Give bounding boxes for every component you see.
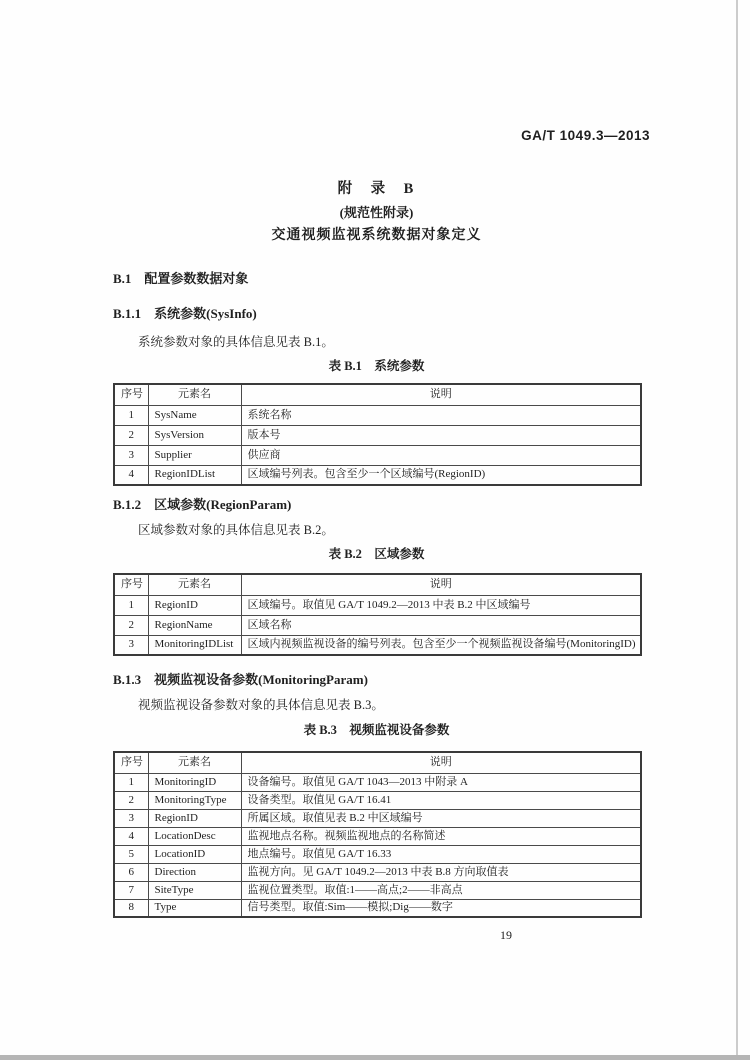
column-header-desc: 说明 (241, 752, 641, 773)
table-b2: 序号 元素名 说明 1RegionID区域编号。取值见 GA/T 1049.2—… (113, 573, 642, 656)
column-header-name: 元素名 (148, 752, 241, 773)
table-cell-desc: 版本号 (241, 425, 641, 445)
table-cell-name: LocationDesc (148, 827, 241, 845)
table-row: 1MonitoringID设备编号。取值见 GA/T 1043—2013 中附录… (114, 773, 641, 791)
scan-edge-bottom (0, 1055, 750, 1060)
table-cell-name: RegionIDList (148, 465, 241, 485)
table-cell-num: 1 (114, 595, 148, 615)
table-cell-num: 7 (114, 881, 148, 899)
table-row: 3RegionID所属区域。取值见表 B.2 中区域编号 (114, 809, 641, 827)
table-cell-name: RegionName (148, 615, 241, 635)
paragraph-b13: 视频监视设备参数对象的具体信息见表 B.3。 (113, 697, 640, 713)
table-row: 5LocationID地点编号。取值见 GA/T 16.33 (114, 845, 641, 863)
table-cell-desc: 设备编号。取值见 GA/T 1043—2013 中附录 A (241, 773, 641, 791)
table-row: 7SiteType监视位置类型。取值:1——高点;2——非高点 (114, 881, 641, 899)
table-cell-name: Type (148, 899, 241, 917)
table-row: 4RegionIDList区域编号列表。包含至少一个区域编号(RegionID) (114, 465, 641, 485)
table-row: 2RegionName区域名称 (114, 615, 641, 635)
page-number: 19 (113, 928, 512, 943)
column-header-desc: 说明 (241, 574, 641, 595)
table-cell-num: 2 (114, 791, 148, 809)
column-header-num: 序号 (114, 574, 148, 595)
table-cell-desc: 区域编号。取值见 GA/T 1049.2—2013 中表 B.2 中区域编号 (241, 595, 641, 615)
table-cell-desc: 地点编号。取值见 GA/T 16.33 (241, 845, 641, 863)
appendix-title-line2: (规范性附录) (113, 201, 640, 224)
table-b1: 序号 元素名 说明 1SysName系统名称2SysVersion版本号3Sup… (113, 383, 642, 486)
table-cell-num: 3 (114, 809, 148, 827)
table-cell-desc: 区域名称 (241, 615, 641, 635)
column-header-name: 元素名 (148, 574, 241, 595)
table-cell-desc: 区域编号列表。包含至少一个区域编号(RegionID) (241, 465, 641, 485)
table-header-row: 序号 元素名 说明 (114, 574, 641, 595)
table-row: 3MonitoringIDList区域内视频监视设备的编号列表。包含至少一个视频… (114, 635, 641, 655)
appendix-title-line1: 附 录 B (113, 178, 640, 201)
table-cell-desc: 监视位置类型。取值:1——高点;2——非高点 (241, 881, 641, 899)
table-row: 2SysVersion版本号 (114, 425, 641, 445)
table-row: 4LocationDesc监视地点名称。视频监视地点的名称简述 (114, 827, 641, 845)
table-cell-name: MonitoringType (148, 791, 241, 809)
table-cell-name: LocationID (148, 845, 241, 863)
section-heading-b1: B.1 配置参数数据对象 (113, 271, 640, 287)
table-cell-desc: 供应商 (241, 445, 641, 465)
appendix-title-line3: 交通视频监视系统数据对象定义 (113, 224, 640, 247)
table-cell-num: 3 (114, 445, 148, 465)
table-cell-num: 1 (114, 773, 148, 791)
table-cell-name: RegionID (148, 809, 241, 827)
table-row: 2MonitoringType设备类型。取值见 GA/T 16.41 (114, 791, 641, 809)
section-heading-b13: B.1.3 视频监视设备参数(MonitoringParam) (113, 672, 640, 688)
table-cell-name: Direction (148, 863, 241, 881)
table-cell-num: 4 (114, 827, 148, 845)
table-cell-name: MonitoringID (148, 773, 241, 791)
table-cell-desc: 设备类型。取值见 GA/T 16.41 (241, 791, 641, 809)
table-row: 1SysName系统名称 (114, 405, 641, 425)
standard-number: GA/T 1049.3—2013 (0, 128, 650, 144)
table-cell-name: Supplier (148, 445, 241, 465)
paragraph-b12: 区域参数对象的具体信息见表 B.2。 (113, 522, 640, 538)
table-cell-num: 2 (114, 615, 148, 635)
table-row: 1RegionID区域编号。取值见 GA/T 1049.2—2013 中表 B.… (114, 595, 641, 615)
table-cell-desc: 系统名称 (241, 405, 641, 425)
section-heading-b11: B.1.1 系统参数(SysInfo) (113, 306, 640, 322)
table-cell-num: 8 (114, 899, 148, 917)
table-cell-num: 6 (114, 863, 148, 881)
table-caption-b2: 表 B.2 区域参数 (113, 546, 640, 562)
table-cell-desc: 信号类型。取值:Sim——模拟;Dig——数字 (241, 899, 641, 917)
table-cell-num: 1 (114, 405, 148, 425)
column-header-name: 元素名 (148, 384, 241, 405)
table-cell-name: SysVersion (148, 425, 241, 445)
table-cell-num: 5 (114, 845, 148, 863)
table-cell-num: 2 (114, 425, 148, 445)
document-page: GA/T 1049.3—2013 附 录 B (规范性附录) 交通视频监视系统数… (0, 0, 750, 1060)
column-header-desc: 说明 (241, 384, 641, 405)
table-cell-desc: 监视方向。见 GA/T 1049.2—2013 中表 B.8 方向取值表 (241, 863, 641, 881)
table-caption-b1: 表 B.1 系统参数 (113, 358, 640, 374)
table-row: 6Direction监视方向。见 GA/T 1049.2—2013 中表 B.8… (114, 863, 641, 881)
table-row: 3Supplier供应商 (114, 445, 641, 465)
table-cell-name: RegionID (148, 595, 241, 615)
scan-edge-right (736, 0, 738, 1060)
table-header-row: 序号 元素名 说明 (114, 752, 641, 773)
table-cell-name: SiteType (148, 881, 241, 899)
table-row: 8Type信号类型。取值:Sim——模拟;Dig——数字 (114, 899, 641, 917)
paragraph-b11: 系统参数对象的具体信息见表 B.1。 (113, 334, 640, 350)
appendix-title: 附 录 B (规范性附录) 交通视频监视系统数据对象定义 (113, 178, 640, 247)
column-header-num: 序号 (114, 752, 148, 773)
table-cell-name: MonitoringIDList (148, 635, 241, 655)
table-caption-b3: 表 B.3 视频监视设备参数 (113, 722, 640, 738)
page-content: 附 录 B (规范性附录) 交通视频监视系统数据对象定义 B.1 配置参数数据对… (113, 178, 640, 943)
table-cell-desc: 区域内视频监视设备的编号列表。包含至少一个视频监视设备编号(Monitoring… (241, 635, 641, 655)
table-header-row: 序号 元素名 说明 (114, 384, 641, 405)
table-cell-desc: 监视地点名称。视频监视地点的名称简述 (241, 827, 641, 845)
table-b3: 序号 元素名 说明 1MonitoringID设备编号。取值见 GA/T 104… (113, 751, 642, 918)
section-heading-b12: B.1.2 区域参数(RegionParam) (113, 497, 640, 513)
table-cell-desc: 所属区域。取值见表 B.2 中区域编号 (241, 809, 641, 827)
table-cell-name: SysName (148, 405, 241, 425)
table-cell-num: 4 (114, 465, 148, 485)
table-cell-num: 3 (114, 635, 148, 655)
column-header-num: 序号 (114, 384, 148, 405)
